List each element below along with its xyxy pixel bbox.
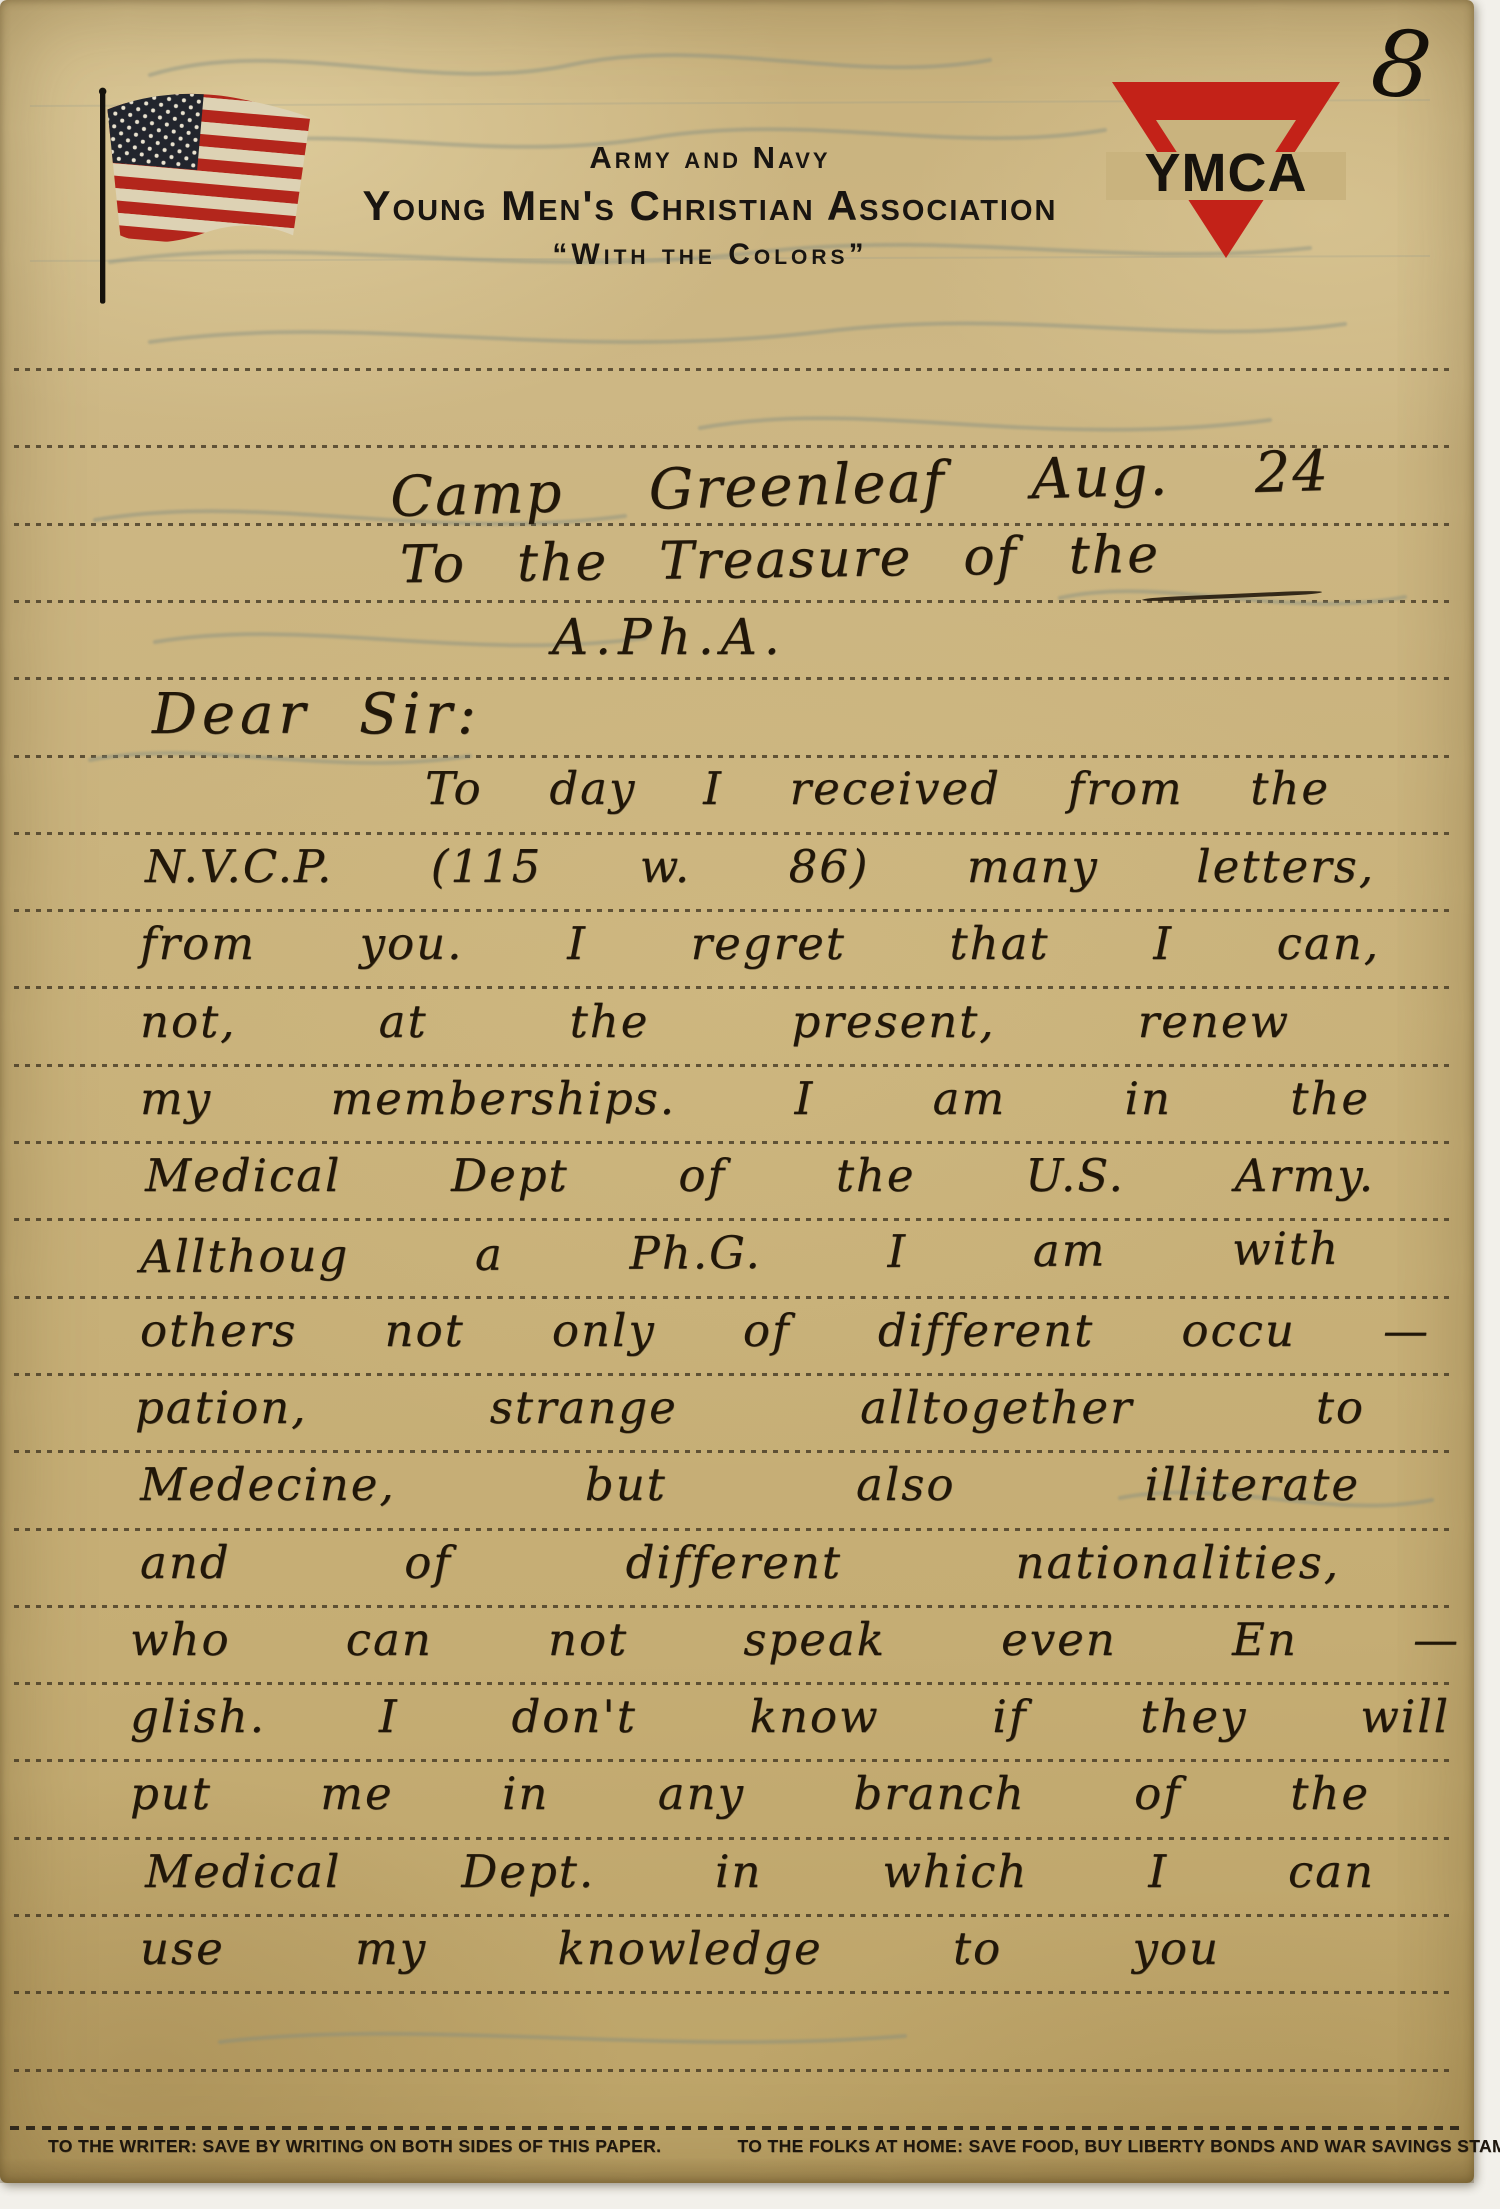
ymca-logo-text: YMCA bbox=[1145, 143, 1308, 203]
ruled-line bbox=[14, 1296, 1454, 1299]
letter-line: others not only of different occu — bbox=[140, 1304, 1430, 1357]
letter-line: pation, strange alltogether to bbox=[135, 1381, 1365, 1434]
ruled-line bbox=[14, 1759, 1454, 1762]
letter-line: not, at the present, renew bbox=[140, 995, 1290, 1048]
pen-flourish bbox=[1142, 590, 1322, 602]
page-number: 8 bbox=[1367, 9, 1488, 127]
letter-line: Camp Greenleaf Aug. 24 bbox=[389, 439, 1330, 530]
letter-line: my memberships. I am in the bbox=[140, 1072, 1370, 1125]
letter-line: A.Ph.A. bbox=[552, 608, 787, 666]
letter-line: use my knowledge to you bbox=[140, 1922, 1220, 1975]
letter-line: Medical Dept. in which I can bbox=[145, 1845, 1375, 1898]
ruled-line bbox=[14, 1682, 1454, 1685]
letter-line: who can not speak even En — bbox=[130, 1613, 1460, 1666]
ruled-line bbox=[14, 909, 1454, 912]
ruled-line bbox=[14, 368, 1454, 371]
ymca-logo: YMCA bbox=[1106, 70, 1346, 280]
letter-line: To the Treasure of the bbox=[400, 525, 1161, 596]
ruled-line bbox=[14, 1914, 1454, 1917]
letterhead-org-line2: Young Men's Christian Association bbox=[280, 182, 1140, 230]
letter-line: from you. I regret that I can, bbox=[140, 917, 1380, 970]
ruled-line bbox=[14, 1064, 1454, 1067]
letter-line: and of different nationalities, bbox=[140, 1536, 1340, 1589]
letter-line: N.V.C.P. (115 w. 86) many letters, bbox=[145, 840, 1375, 893]
ruled-line bbox=[14, 832, 1454, 835]
ruled-line bbox=[14, 1837, 1454, 1840]
footer-home-note: TO THE FOLKS AT HOME: SAVE FOOD, BUY LIB… bbox=[699, 2136, 1500, 2157]
ruled-line bbox=[14, 1373, 1454, 1376]
ruled-line bbox=[14, 755, 1454, 758]
letter-line: put me in any branch of the bbox=[130, 1767, 1370, 1820]
letter-line: Allthoug a Ph.G. I am with bbox=[140, 1222, 1340, 1283]
letterhead-org-line1: Army and Navy bbox=[280, 140, 1140, 176]
ruled-line bbox=[14, 986, 1454, 989]
ruled-line bbox=[14, 1141, 1454, 1144]
footer-writer-note: TO THE WRITER: SAVE BY WRITING ON BOTH S… bbox=[10, 2136, 699, 2157]
ruled-line bbox=[14, 1991, 1454, 1994]
letter-line: Dear Sir: bbox=[152, 682, 481, 747]
letter-line: Medecine, but also illiterate bbox=[140, 1458, 1360, 1511]
letter-line: To day I received from the bbox=[425, 762, 1330, 815]
ruled-line bbox=[14, 523, 1454, 526]
ruled-line bbox=[14, 1605, 1454, 1608]
ruled-line bbox=[14, 1218, 1454, 1221]
letter-paper: Army and Navy Young Men's Christian Asso… bbox=[0, 0, 1474, 2183]
ruled-line bbox=[14, 677, 1454, 680]
letterhead-text: Army and Navy Young Men's Christian Asso… bbox=[280, 140, 1140, 272]
ruled-line bbox=[14, 1528, 1454, 1531]
letterhead-motto: “With the Colors” bbox=[280, 238, 1140, 272]
ruled-line bbox=[14, 1450, 1454, 1453]
letter-line: glish. I don't know if they will bbox=[130, 1690, 1450, 1743]
footer: TO THE WRITER: SAVE BY WRITING ON BOTH S… bbox=[10, 2136, 1462, 2157]
ruled-line bbox=[14, 600, 1454, 603]
ruled-line bbox=[14, 2069, 1454, 2072]
paper-bottom-edge bbox=[0, 2158, 1474, 2183]
letter-line: Medical Dept of the U.S. Army. bbox=[145, 1149, 1375, 1202]
footer-divider bbox=[10, 2126, 1462, 2130]
